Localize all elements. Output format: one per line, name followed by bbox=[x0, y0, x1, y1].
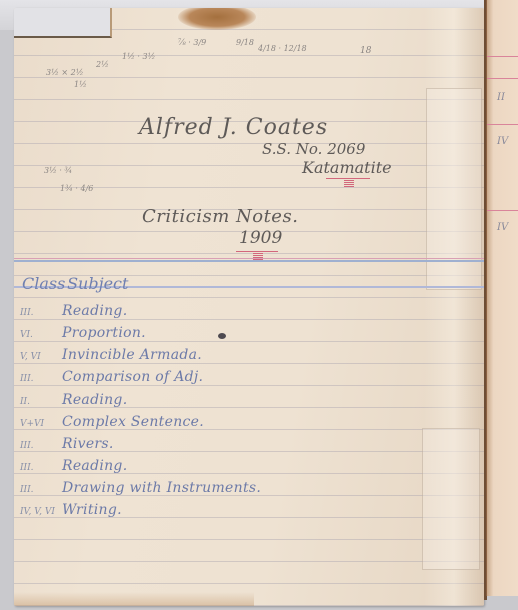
table-row: II.Reading. bbox=[20, 389, 127, 409]
pink-margin-line bbox=[487, 210, 518, 211]
table-row: IV, V, VIWriting. bbox=[20, 499, 122, 519]
year: 1909 bbox=[239, 228, 282, 248]
owner-name: Alfred J. Coates bbox=[139, 115, 328, 140]
table-row: VI.Proportion. bbox=[20, 322, 146, 342]
ink-blot bbox=[218, 333, 226, 339]
location: Katamatite bbox=[302, 158, 392, 177]
water-stain bbox=[14, 592, 254, 606]
row-subject: Proportion. bbox=[62, 325, 146, 341]
pencil-note: 2½ bbox=[96, 60, 109, 69]
pencil-note: 1½ bbox=[74, 80, 87, 89]
row-class: III. bbox=[20, 485, 62, 495]
pencil-note: 9/18 bbox=[236, 38, 254, 47]
ship-number: S.S. No. 2069 bbox=[262, 140, 365, 158]
pink-margin-line bbox=[487, 124, 518, 125]
table-row: V, VIInvincible Armada. bbox=[20, 344, 202, 364]
pencil-note: ⅞ · 3/9 bbox=[178, 38, 206, 47]
paper-patch bbox=[422, 428, 480, 570]
pencil-note: 18 bbox=[360, 46, 371, 56]
row-subject: Complex Sentence. bbox=[62, 414, 204, 430]
table-row: III.Comparison of Adj. bbox=[20, 366, 203, 386]
row-subject: Invincible Armada. bbox=[62, 347, 202, 363]
row-subject: Reading. bbox=[62, 458, 127, 474]
margin-numeral: II bbox=[497, 92, 505, 103]
row-subject: Reading. bbox=[62, 392, 127, 408]
row-class: V, VI bbox=[20, 352, 62, 362]
row-subject: Rivers. bbox=[62, 436, 114, 452]
row-class: VI. bbox=[20, 330, 62, 340]
table-row: III.Rivers. bbox=[20, 433, 114, 453]
pencil-note: 1¾ · 4/6 bbox=[60, 184, 93, 193]
table-header: Class Subject bbox=[22, 274, 128, 293]
row-subject: Reading. bbox=[62, 303, 127, 319]
row-class: III. bbox=[20, 463, 62, 473]
page-title: Criticism Notes. bbox=[142, 206, 298, 227]
pencil-note: 1½ · 3½ bbox=[122, 52, 155, 61]
notebook-page: 3½ × 2½ 1½ 2½ 1½ · 3½ ⅞ · 3/9 9/18 4/18 … bbox=[14, 8, 484, 606]
torn-corner bbox=[14, 8, 112, 38]
pink-margin-line bbox=[487, 56, 518, 57]
red-underline-flourish bbox=[326, 178, 370, 189]
row-subject: Writing. bbox=[62, 502, 122, 518]
row-class: V+VI bbox=[20, 419, 62, 429]
pink-margin-line bbox=[487, 78, 518, 79]
row-class: IV, V, VI bbox=[20, 507, 62, 517]
column-header-subject: Subject bbox=[67, 274, 128, 293]
margin-numeral: IV bbox=[497, 222, 508, 233]
pencil-note: 3½ · ¾ bbox=[44, 166, 72, 175]
row-class: III. bbox=[20, 374, 62, 384]
adjacent-page: II IV IV bbox=[486, 0, 518, 596]
red-underline-flourish bbox=[236, 251, 278, 262]
pencil-note: 3½ × 2½ bbox=[46, 68, 83, 77]
column-header-class: Class bbox=[22, 274, 62, 293]
row-subject: Comparison of Adj. bbox=[62, 369, 203, 385]
row-subject: Drawing with Instruments. bbox=[62, 480, 261, 496]
pencil-note: 4/18 · 12/18 bbox=[258, 44, 307, 53]
table-row: III.Drawing with Instruments. bbox=[20, 477, 261, 497]
table-row: III.Reading. bbox=[20, 455, 127, 475]
row-class: II. bbox=[20, 397, 62, 407]
table-row: V+VIComplex Sentence. bbox=[20, 411, 204, 431]
margin-numeral: IV bbox=[497, 136, 508, 147]
row-class: III. bbox=[20, 441, 62, 451]
row-class: III. bbox=[20, 308, 62, 318]
table-row: III.Reading. bbox=[20, 300, 127, 320]
